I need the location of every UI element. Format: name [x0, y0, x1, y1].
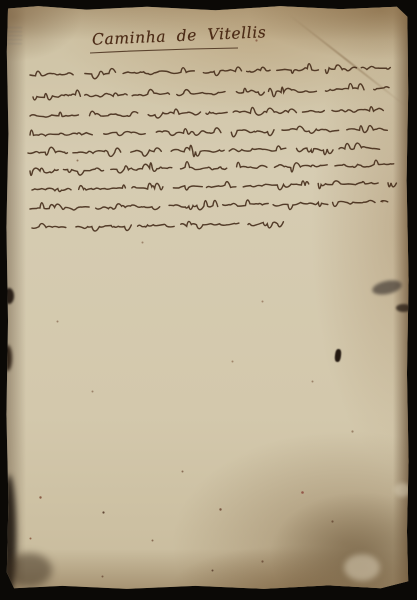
ink-dash-mark	[334, 349, 342, 363]
paper-crease	[288, 13, 407, 107]
ink-smudge-right	[371, 278, 403, 297]
archive-stamp	[6, 27, 22, 45]
stain-left-edge-2	[3, 345, 12, 371]
ink-mark-right-edge	[396, 304, 411, 312]
stain-left-edge-1	[4, 288, 14, 304]
foxing-speckles	[6, 5, 7, 6]
worn-patch-right	[394, 483, 411, 497]
worn-patch-bottom-right	[344, 554, 380, 581]
manuscript-title: Caminha de Vitellis	[92, 23, 267, 49]
scanned-manuscript: Caminha de Vitellis	[0, 0, 417, 600]
stain-bottom-left	[6, 553, 52, 587]
manuscript-page: Caminha de Vitellis	[6, 5, 409, 590]
